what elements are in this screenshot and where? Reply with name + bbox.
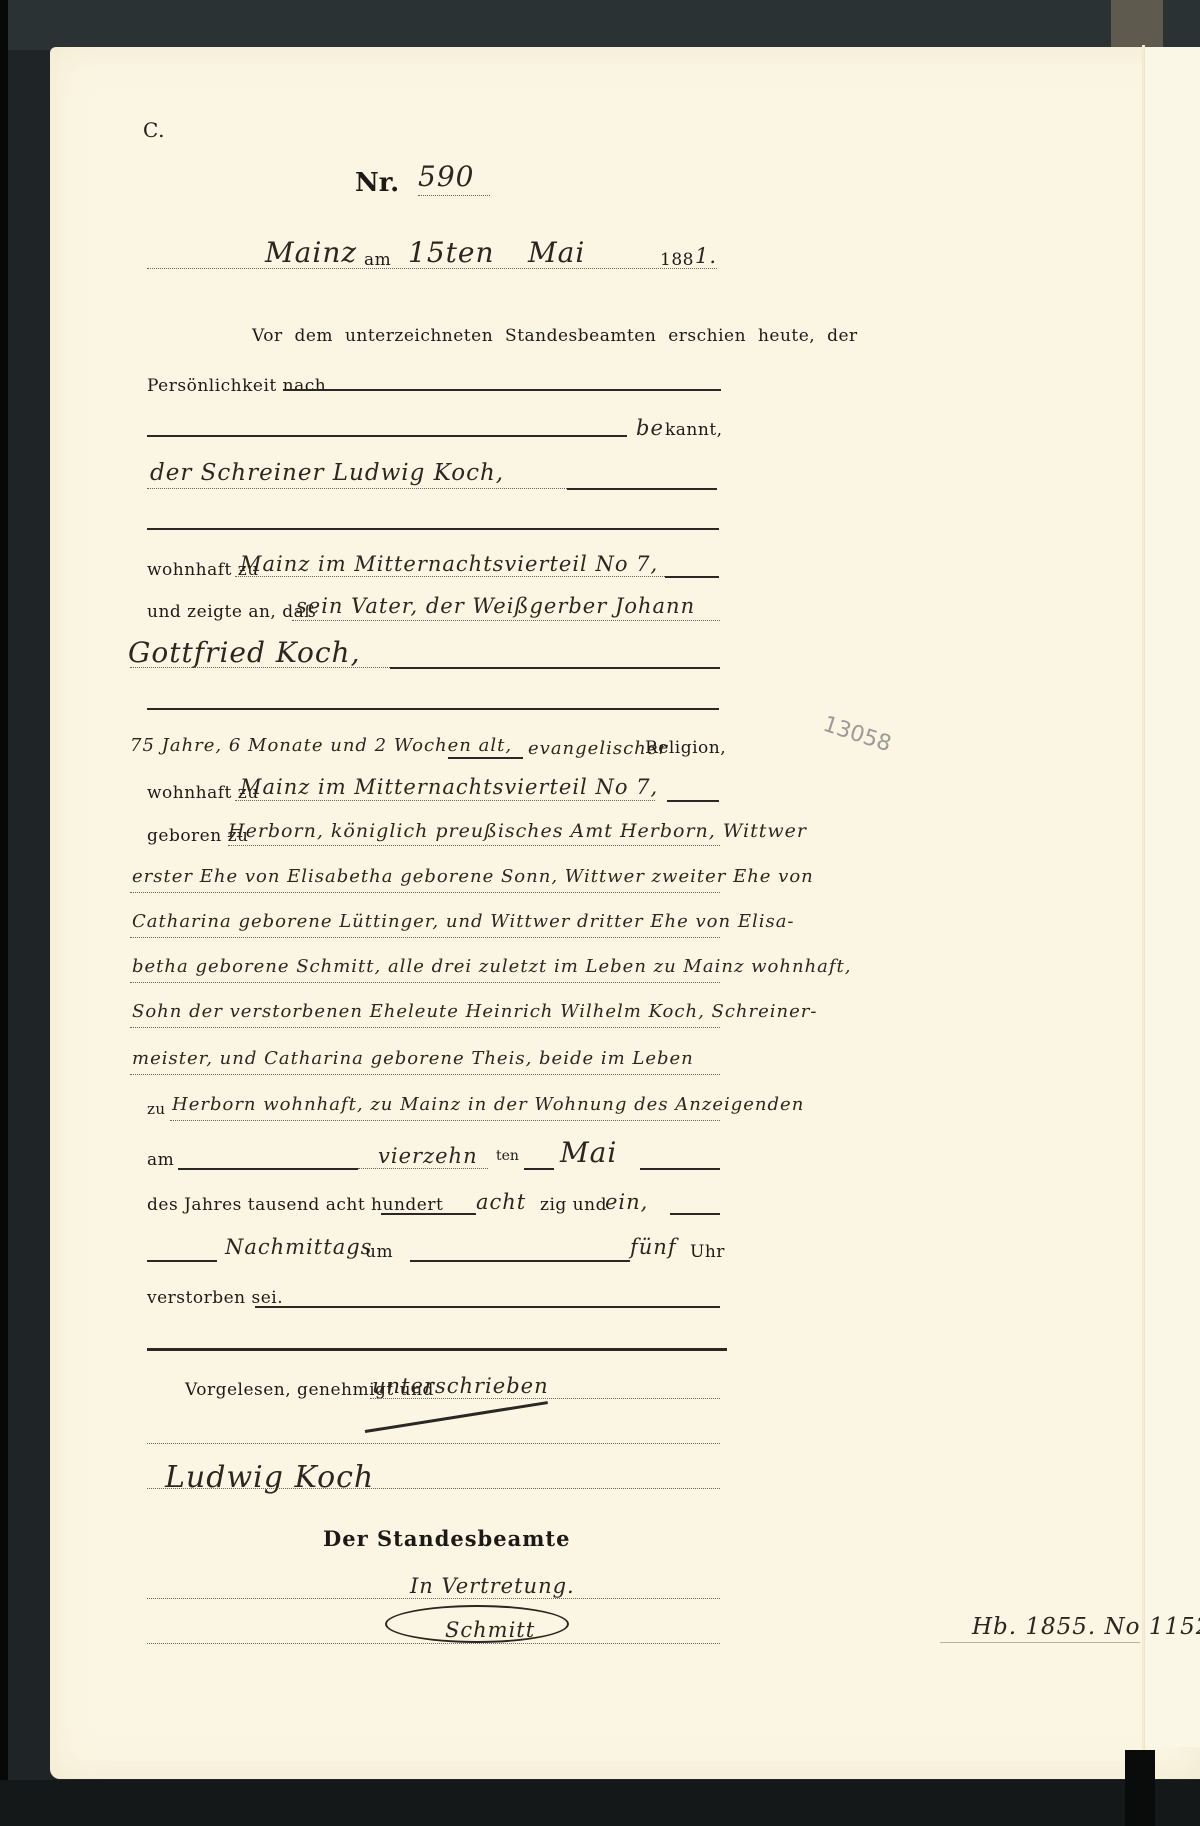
informant-signature: Ludwig Koch <box>165 1460 374 1495</box>
dark-backdrop-top <box>0 0 1200 50</box>
death-month: Mai <box>560 1136 617 1169</box>
blank-line-1 <box>147 528 719 530</box>
hour: fünf <box>630 1235 677 1259</box>
hour-fill <box>410 1260 630 1262</box>
intro-text: Vor dem unterzeichneten Standesbeamten e… <box>252 326 858 346</box>
known-line <box>147 435 627 437</box>
born-text: Herborn, königlich preußisches Amt Herbo… <box>228 820 807 842</box>
year-units-fill <box>670 1213 720 1215</box>
religion-label: Religion, <box>645 738 726 758</box>
record-number: 590 <box>418 160 474 193</box>
margin-reference-line <box>940 1642 1140 1643</box>
death-month-fill-a <box>524 1168 554 1170</box>
residence-1: Mainz im Mitternachtsvierteil No 7, <box>240 552 658 576</box>
year-line-label: des Jahres tausend acht hundert <box>147 1195 443 1215</box>
record-number-label: Nr. <box>355 168 399 198</box>
continuation-text-1: erster Ehe von Elisabetha geborene Sonn,… <box>132 866 814 887</box>
section-divider <box>147 1348 727 1351</box>
form-letter: C. <box>143 118 165 142</box>
continuation-line-1 <box>130 892 720 893</box>
signature-line-2 <box>147 1488 720 1489</box>
uhr-label: Uhr <box>690 1242 725 1262</box>
death-day-suffix: ten <box>496 1148 519 1164</box>
year-prefix: 188 <box>660 250 694 270</box>
signature-line-3 <box>147 1598 720 1599</box>
dark-backdrop-bottom <box>0 1780 1200 1826</box>
year-units: ein, <box>605 1190 648 1214</box>
binding-spine-top <box>1111 0 1163 48</box>
reported-text: sein Vater, der Weißgerber Johann <box>296 594 695 618</box>
born-line <box>228 845 720 846</box>
read-hand: unterschrieben <box>372 1374 549 1398</box>
residence-fill-2 <box>667 800 719 802</box>
registration-place: Mainz <box>265 236 357 269</box>
zu-label: zu <box>147 1100 166 1118</box>
personality-label: Persönlichkeit nach <box>147 376 326 396</box>
personality-line <box>283 389 721 391</box>
signature-line-1 <box>147 1443 720 1444</box>
signature-line-4 <box>147 1643 720 1644</box>
continuation-line-3 <box>130 982 720 983</box>
blank-line-2 <box>147 708 719 710</box>
date-am-label: am <box>364 250 391 270</box>
zu-text: Herborn wohnhaft, zu Mainz in der Wohnun… <box>172 1094 804 1115</box>
known-hand: be <box>636 416 664 440</box>
death-day: vierzehn <box>378 1144 478 1168</box>
year-tens: acht <box>476 1190 526 1214</box>
binding-spine-bottom <box>1125 1750 1155 1826</box>
continuation-text-4: Sohn der verstorbenen Eheleute Heinrich … <box>132 1001 817 1022</box>
residence-line-1 <box>235 576 665 577</box>
continuation-line-2 <box>130 937 720 938</box>
died-label: verstorben sei. <box>147 1288 283 1308</box>
registration-month: Mai <box>528 236 585 269</box>
continuation-text-5: meister, und Catharina geborene Theis, b… <box>132 1048 694 1069</box>
continuation-text-3: betha geborene Schmitt, alle drei zuletz… <box>132 956 852 977</box>
residence-line-2 <box>235 800 655 801</box>
age-fill-line <box>448 757 523 759</box>
year-zig: zig und <box>540 1195 607 1215</box>
death-day-line <box>358 1168 488 1169</box>
deceased-fill-line <box>390 667 720 669</box>
dark-backdrop-left <box>0 0 8 1826</box>
time-of-day: Nachmittags <box>225 1235 372 1259</box>
informant-name: der Schreiner Ludwig Koch, <box>150 460 504 486</box>
continuation-line-5 <box>130 1074 720 1075</box>
informant-line <box>147 488 567 489</box>
time-fill-a <box>147 1260 217 1262</box>
read-line <box>370 1398 720 1399</box>
continuation-line-4 <box>130 1027 720 1028</box>
reported-line <box>292 620 720 621</box>
margin-cross-reference: Hb. 1855. No 1152 <box>972 1614 1200 1640</box>
year-tens-fill <box>381 1213 476 1215</box>
died-fill-line <box>255 1306 720 1308</box>
record-number-line <box>418 195 490 196</box>
deceased-name: Gottfried Koch, <box>128 636 360 669</box>
residence-2: Mainz im Mitternachtsvierteil No 7, <box>240 775 658 799</box>
death-day-fill <box>178 1168 358 1170</box>
age-text: 75 Jahre, 6 Monate und 2 Wochen alt, <box>130 735 512 756</box>
continuation-text-2: Catharina geborene Lüttinger, und Wittwe… <box>132 911 795 932</box>
um-label: um <box>365 1242 393 1262</box>
reported-label: und zeigte an, daß <box>147 602 316 622</box>
death-month-fill-b <box>640 1168 720 1170</box>
residence-fill-1 <box>665 576 719 578</box>
year-suffix: 1. <box>695 244 717 268</box>
registration-day: 15ten <box>408 236 494 269</box>
registrar-signature: Schmitt <box>445 1618 535 1642</box>
death-am-label: am <box>147 1150 174 1170</box>
deputy-note: In Vertretung. <box>410 1574 575 1598</box>
known-print: kannt, <box>665 420 723 440</box>
page-fold <box>1142 45 1145 1785</box>
informant-fill-line <box>567 488 717 490</box>
zu-line <box>170 1120 720 1121</box>
registrar-title: Der Standesbeamte <box>323 1526 571 1551</box>
adjacent-page-strip <box>1145 47 1200 1747</box>
